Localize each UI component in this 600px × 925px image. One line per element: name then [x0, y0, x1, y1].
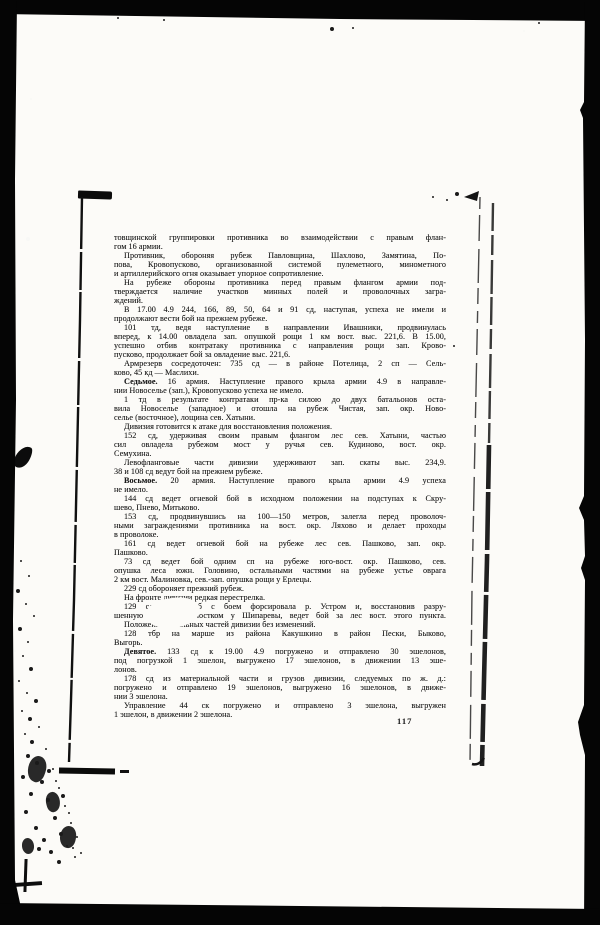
text-line: Левофланговые части дивизии удерживают з…: [114, 458, 446, 467]
text-line: сил овладела рубежом мост у ручья сев. К…: [114, 440, 446, 449]
scan-border-right: [577, 0, 600, 925]
ink-blotch: [24, 754, 50, 785]
text-line: пова, Кровопусково, организованной систе…: [114, 260, 446, 269]
text-line: Противник, обороняя рубеж Павловщина, Ша…: [114, 251, 446, 260]
text-line: Пашково.: [114, 548, 446, 557]
margin-bracket-vertical-line: [69, 197, 82, 762]
text-line: шево, Пнево, Митьково.: [114, 503, 446, 512]
scan-border-bottom: [0, 895, 600, 925]
ink-blotch: [44, 791, 63, 814]
ink-blotch: [21, 837, 35, 855]
text-line: гом 16 армии.: [114, 242, 446, 251]
text-line: 73 сд ведет бой одним сп на рубеже юго-в…: [114, 557, 446, 566]
text-line: 101 тд, ведя наступление в направлении И…: [114, 323, 446, 332]
text-line: селье (восточное), лощина сев. Хатыни.: [114, 413, 446, 422]
scanned-page: товщинской группировки противника во вза…: [0, 0, 600, 925]
text-line: 178 сд из материальной части и грузов ди…: [114, 674, 446, 683]
text-line: Девятое. 133 сд к 19.00 4.9 погружено и …: [114, 647, 446, 656]
text-line: в проволоке.: [114, 530, 446, 539]
text-line: Дивизия готовится к атаке для восстановл…: [114, 422, 446, 431]
text-line: не имело.: [114, 485, 446, 494]
text-line: вперед, к 14.00 овладела зап. опушкой ро…: [114, 332, 446, 341]
text-line: товщинской группировки противника во вза…: [114, 233, 446, 242]
page-edge-streak-lower: [482, 445, 489, 766]
text-line: В 17.00 4.9 244, 166, 89, 50, 64 и 91 сд…: [114, 305, 446, 314]
text-line: 38 и 108 сд ведут бой на прежнем рубеже.: [114, 467, 446, 476]
margin-bracket-top-stroke: [78, 190, 112, 199]
margin-bracket-dash: [120, 770, 129, 773]
text-line: 229 сд обороняет прежний рубеж.: [114, 584, 446, 593]
text-line: Седьмое. 16 армия. Наступление правого к…: [114, 377, 446, 386]
text-line: Армрезерв сосредоточен: 735 сд — в район…: [114, 359, 446, 368]
margin-bracket-bottom-stroke: [59, 768, 115, 775]
text-line: продолжают вести бой на прежнем рубеже.: [114, 314, 446, 323]
page-edge-streak-upper: [489, 203, 493, 445]
text-line: На рубеже обороны противника перед правы…: [114, 278, 446, 287]
text-line: Семухина.: [114, 449, 446, 458]
text-line: вила Новоселье (западное) и отошла на ру…: [114, 404, 446, 413]
text-line: лонов.: [114, 665, 446, 674]
text-line: нии 3 эшелона.: [114, 692, 446, 701]
margin-cross-mark-vertical: [23, 859, 27, 892]
text-line: 1 тд в результате контратаки пр-ка силою…: [114, 395, 446, 404]
text-line: и артиллерийского огня оказывает упорное…: [114, 269, 446, 278]
text-line: Управление 44 ск погружено и отправлено …: [114, 701, 446, 710]
text-block: товщинской группировки противника во вза…: [114, 233, 446, 719]
text-line: нии Новоселье (зап.), Кровопусково успех…: [114, 386, 446, 395]
page-edge-streak-thin: [470, 197, 480, 764]
ink-blotch: [58, 825, 78, 849]
text-line: тверждается наличие участков минных поле…: [114, 287, 446, 296]
text-line: под погрузкой 1 эшелон, выгружено 17 эше…: [114, 656, 446, 665]
text-line: ждений.: [114, 296, 446, 305]
text-line: 2 км вост. Малиновка, сев.-зап. опушка р…: [114, 575, 446, 584]
margin-cross-mark-horizontal: [15, 881, 42, 887]
text-line: 153 сд, продвинувшись на 100—150 метров,…: [114, 512, 446, 521]
page-edge-streak-bottom-hook: [472, 758, 484, 764]
text-line: Выгорь.: [114, 638, 446, 647]
page-edge-streak-top-blob: [464, 191, 479, 201]
page-number: 117: [397, 716, 412, 726]
text-line: пусково, продолжает бой за овладение выс…: [114, 350, 446, 359]
text-line: опушка леса южн. Головино, остальными ча…: [114, 566, 446, 575]
text-line: 144 сд ведет огневой бой в исходном поло…: [114, 494, 446, 503]
text-line: 128 тбр на марше из района Какушкино в р…: [114, 629, 446, 638]
text-line: 161 сд ведет огневой бой на рубеже лес с…: [114, 539, 446, 548]
text-line: ково, 45 кд — Маслихи.: [114, 368, 446, 377]
scan-border-top: [0, 0, 600, 24]
text-line: успешно отбив контратаку противника с на…: [114, 341, 446, 350]
text-line: ными заграждениями противника на вост. о…: [114, 521, 446, 530]
text-line: 152 сд, удерживая своим правым флангом л…: [114, 431, 446, 440]
text-line: Восьмое. 20 армия. Наступление правого к…: [114, 476, 446, 485]
text-line: погружено и отправлено 19 эшелонов, выгр…: [114, 683, 446, 692]
